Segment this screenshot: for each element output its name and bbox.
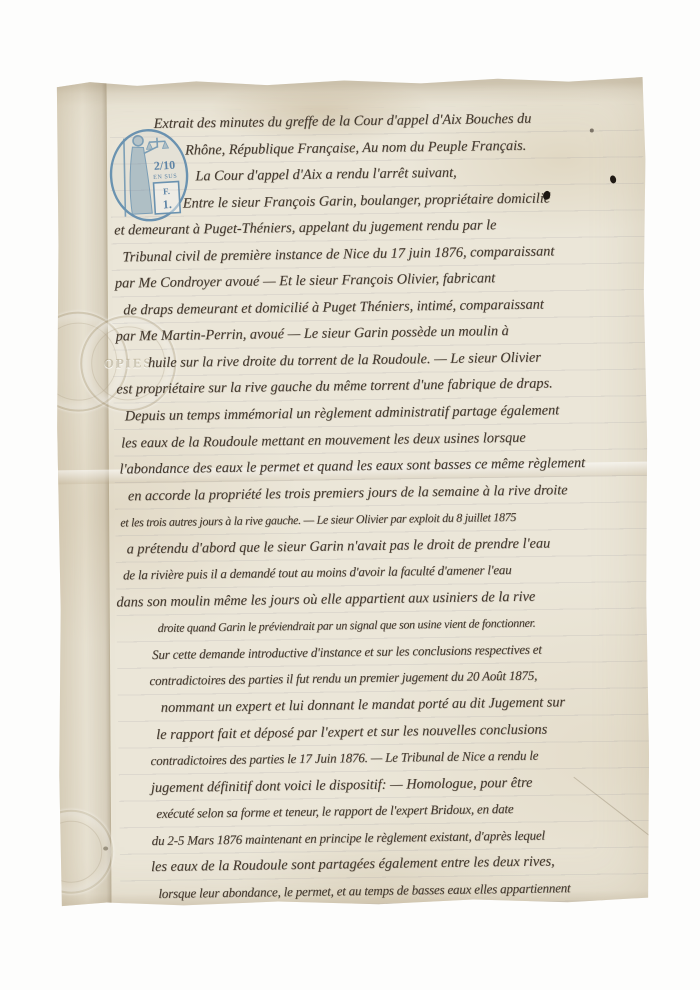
ink-speck	[103, 846, 108, 850]
document-page: OPIES 2/10 EN SUS F. 1. Extrait des minu…	[54, 76, 650, 908]
scan-background: OPIES 2/10 EN SUS F. 1. Extrait des minu…	[0, 0, 700, 990]
left-fold-crease	[54, 79, 111, 907]
ink-speck	[590, 129, 594, 133]
embossed-seal	[29, 809, 114, 894]
manuscript-text: Extrait des minutes du greffe de la Cour…	[110, 104, 654, 911]
